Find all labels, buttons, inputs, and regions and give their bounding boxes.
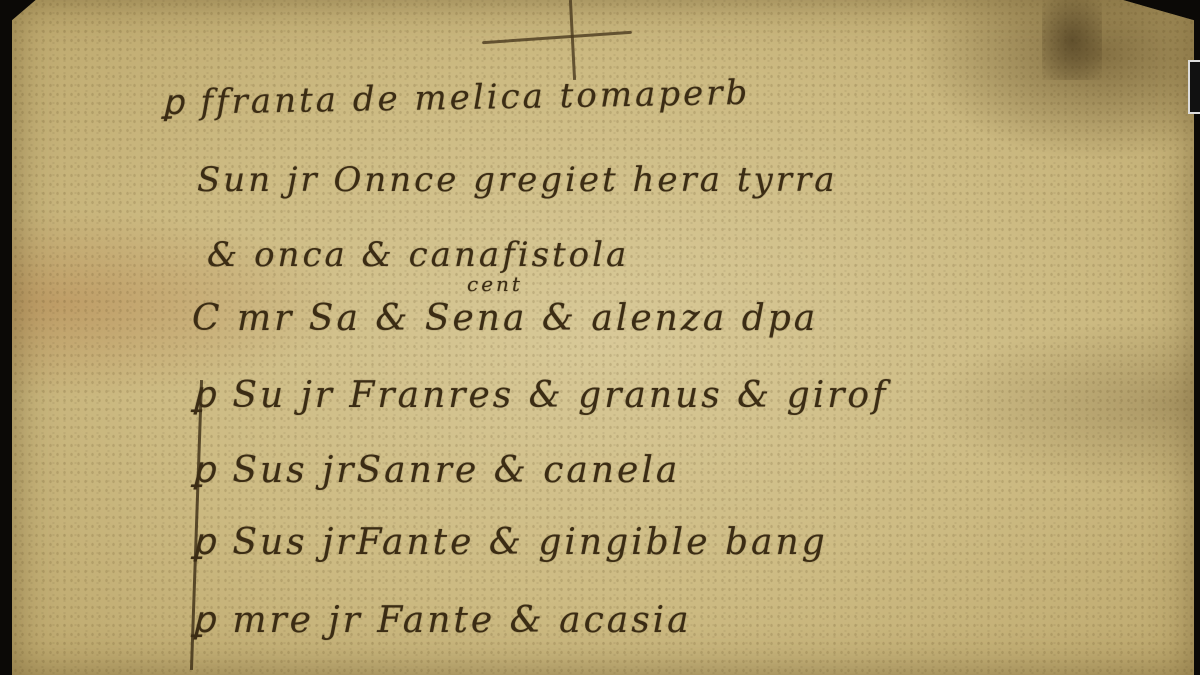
- manuscript-page: ꝑ ffranta de melica tomaperb Sun jr Onnc…: [12, 0, 1194, 675]
- ink-stain: [1042, 0, 1102, 80]
- manuscript-line-4: C mr Sa & Sena & alenza dpa: [192, 298, 818, 339]
- manuscript-line-5: ꝑ Su jr Franres & granus & girof: [192, 375, 888, 416]
- manuscript-line-8: ꝑ mre jr Fante & acasia: [192, 600, 692, 641]
- manuscript-line-7: ꝑ Sus jrFante & gingible bang: [192, 522, 828, 563]
- manuscript-line-2: Sun jr Onnce gregiet hera tyrra: [197, 160, 838, 200]
- page-edge-tab: [1188, 60, 1200, 114]
- manuscript-line-6: ꝑ Sus jrSanre & canela: [192, 450, 680, 491]
- manuscript-line-4-superscript: cent: [467, 272, 523, 296]
- manuscript-line-3: & onca & canafistola: [207, 235, 629, 275]
